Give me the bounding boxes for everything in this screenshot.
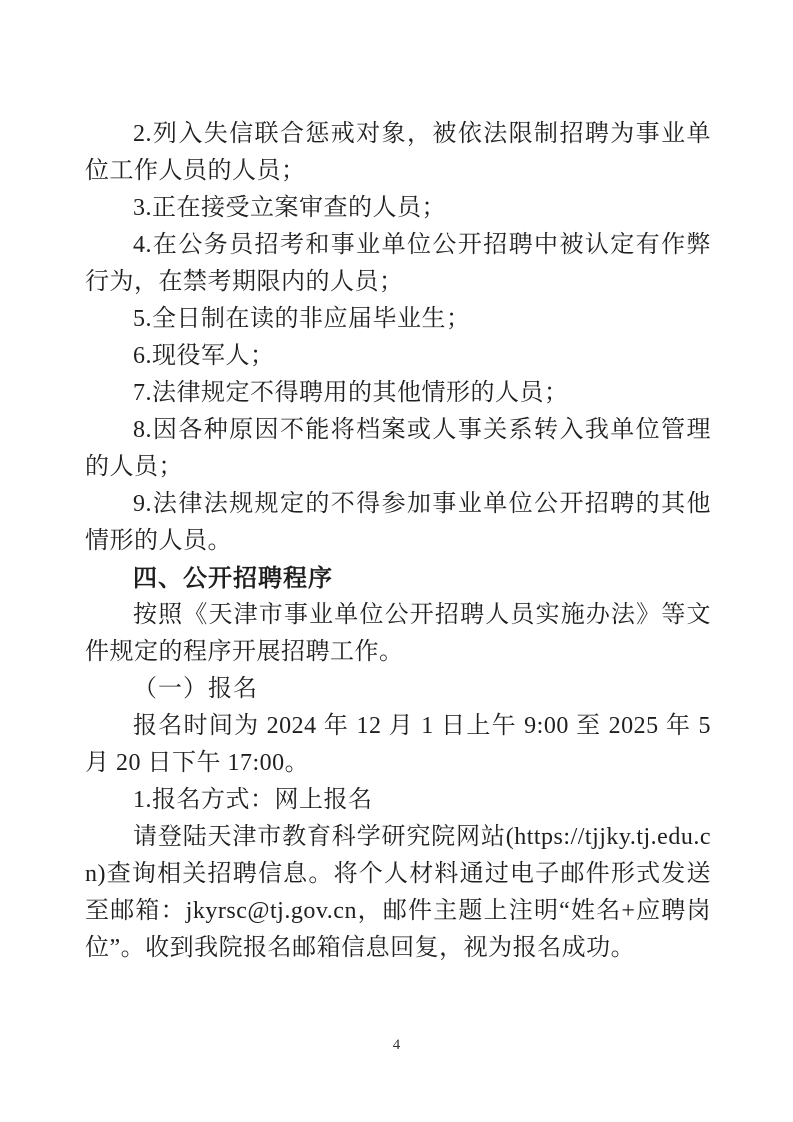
page-number: 4 (0, 1036, 793, 1054)
document-page: 2.列入失信联合惩戒对象，被依法限制招聘为事业单位工作人员的人员； 3.正在接受… (0, 0, 793, 1122)
list-item-5: 5.全日制在读的非应届毕业生； (85, 301, 711, 338)
subsection-heading-registration: （一）报名 (85, 671, 711, 708)
paragraph-registration-details: 请登陆天津市教育科学研究院网站(https://tjjky.tj.edu.cn)… (85, 819, 711, 967)
list-item-9: 9.法律法规规定的不得参加事业单位公开招聘的其他情形的人员。 (85, 486, 711, 560)
list-item-3: 3.正在接受立案审查的人员； (85, 190, 711, 227)
paragraph-registration-method: 1.报名方式：网上报名 (85, 782, 711, 819)
paragraph-registration-time: 报名时间为 2024 年 12 月 1 日上午 9:00 至 2025 年 5 … (85, 708, 711, 782)
list-item-7: 7.法律规定不得聘用的其他情形的人员； (85, 375, 711, 412)
list-item-4: 4.在公务员招考和事业单位公开招聘中被认定有作弊行为，在禁考期限内的人员； (85, 227, 711, 301)
list-item-2: 2.列入失信联合惩戒对象，被依法限制招聘为事业单位工作人员的人员； (85, 116, 711, 190)
list-item-8: 8.因各种原因不能将档案或人事关系转入我单位管理的人员； (85, 412, 711, 486)
section-heading-recruitment-procedure: 四、公开招聘程序 (85, 560, 711, 597)
list-item-6: 6.现役军人； (85, 338, 711, 375)
page-content: 2.列入失信联合惩戒对象，被依法限制招聘为事业单位工作人员的人员； 3.正在接受… (85, 116, 711, 967)
paragraph-procedure-basis: 按照《天津市事业单位公开招聘人员实施办法》等文件规定的程序开展招聘工作。 (85, 597, 711, 671)
